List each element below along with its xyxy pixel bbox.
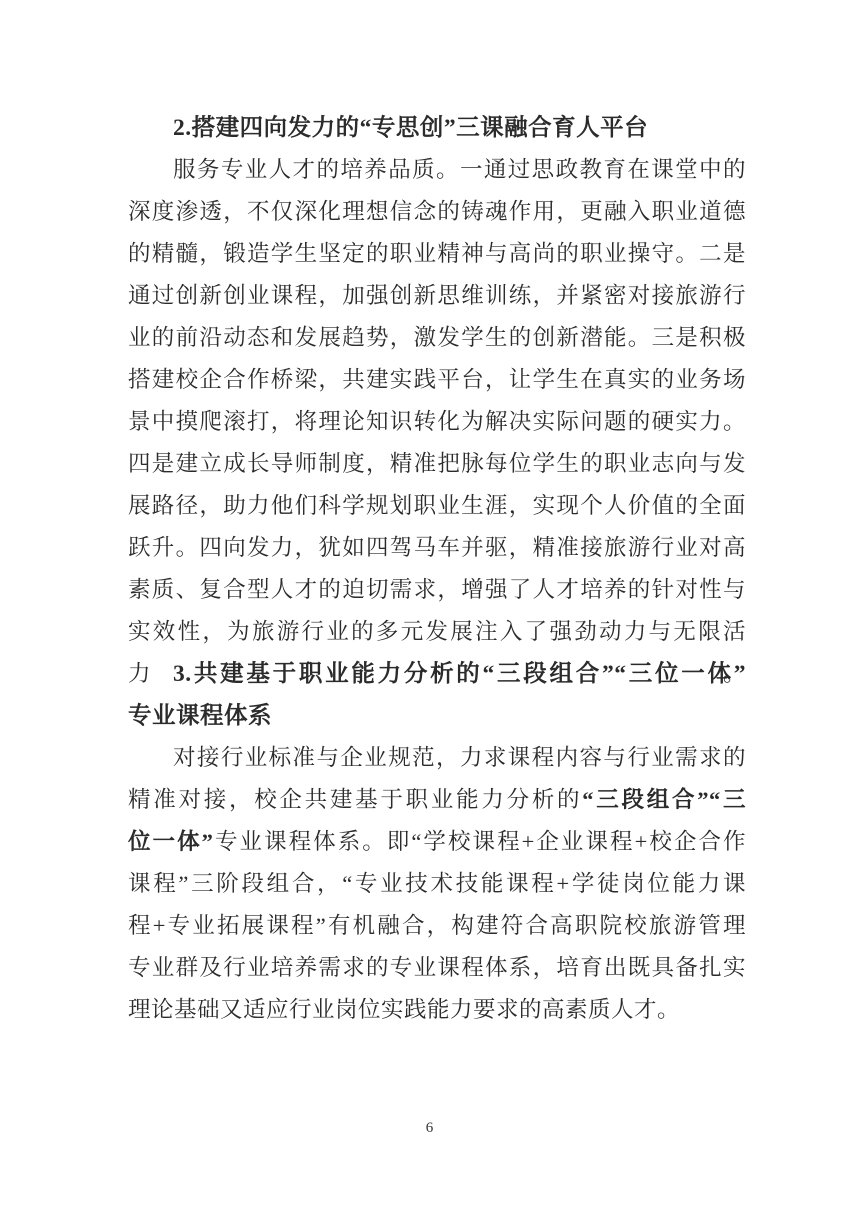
text-run: 景中摸爬滚打，将理论知识转化为解决实际问题的硬实力。 <box>128 409 746 434</box>
paragraph-line: 素质、复合型人才的迫切需求，增强了人才培养的针对性与 <box>128 569 746 611</box>
heading-line: 3.共建基于职业能力分析的“三段组合”“三位一体” <box>128 653 746 695</box>
heading-line: 专业课程体系 <box>128 695 746 737</box>
page-number: 6 <box>0 1120 859 1137</box>
text-run: 搭建校企合作桥梁，共建实践平台，让学生在真实的业务场 <box>128 367 746 392</box>
text-run: 程+专业拓展课程”有机融合，构建符合高职院校旅游管理 <box>128 913 746 938</box>
paragraph-line: 对接行业标准与企业规范，力求课程内容与行业需求的 <box>128 737 746 779</box>
bold-text-run: 3.共建基于职业能力分析的“三段组合”“三位一体” <box>173 661 746 687</box>
text-run: 跃升。四向发力，犹如四驾马车并驱，精准接旅游行业对高 <box>128 535 746 560</box>
bold-text-run: 位一体” <box>128 829 213 854</box>
paragraph-line: 的精髓，锻造学生坚定的职业精神与高尚的职业操守。二是 <box>128 233 746 275</box>
text-run: 四是建立成长导师制度，精准把脉每位学生的职业志向与发 <box>128 451 746 476</box>
document-body: 2.搭建四向发力的“专思创”三课融合育人平台服务专业人才的培养品质。一通过思政教… <box>128 107 746 1031</box>
text-run: 通过创新创业课程，加强创新思维训练，并紧密对接旅游行 <box>128 283 746 308</box>
bold-text-run: 专业课程体系 <box>128 703 272 729</box>
text-run: 服务专业人才的培养品质。一通过思政教育在课堂中的 <box>173 157 746 182</box>
text-run: 对接行业标准与企业规范，力求课程内容与行业需求的 <box>173 745 746 770</box>
paragraph-line: 跃升。四向发力，犹如四驾马车并驱，精准接旅游行业对高 <box>128 527 746 569</box>
bold-text-run: 2.搭建四向发力的“专思创”三课融合育人平台 <box>173 115 648 141</box>
text-run: 展路径，助力他们科学规划职业生涯，实现个人价值的全面 <box>128 493 746 518</box>
text-run: 理论基础又适应行业岗位实践能力要求的高素质人才。 <box>128 997 680 1022</box>
bold-text-run: “三段组合”“三 <box>582 787 746 812</box>
document-page: 2.搭建四向发力的“专思创”三课融合育人平台服务专业人才的培养品质。一通过思政教… <box>0 0 859 1216</box>
text-run: 深度渗透，不仅深化理想信念的铸魂作用，更融入职业道德 <box>128 199 746 224</box>
paragraph-line: 理论基础又适应行业岗位实践能力要求的高素质人才。 <box>128 989 746 1031</box>
paragraph-line: 四是建立成长导师制度，精准把脉每位学生的职业志向与发 <box>128 443 746 485</box>
paragraph-line: 通过创新创业课程，加强创新思维训练，并紧密对接旅游行 <box>128 275 746 317</box>
text-run: 专业群及行业培养需求的专业课程体系，培育出既具备扎实 <box>128 955 746 980</box>
paragraph-line: 服务专业人才的培养品质。一通过思政教育在课堂中的 <box>128 149 746 191</box>
text-run: 的精髓，锻造学生坚定的职业精神与高尚的职业操守。二是 <box>128 241 746 266</box>
paragraph-line: 景中摸爬滚打，将理论知识转化为解决实际问题的硬实力。 <box>128 401 746 443</box>
paragraph-line: 业的前沿动态和发展趋势，激发学生的创新潜能。三是积极 <box>128 317 746 359</box>
paragraph-line: 课程”三阶段组合，“专业技术技能课程+学徒岗位能力课 <box>128 863 746 905</box>
text-run: 课程”三阶段组合，“专业技术技能课程+学徒岗位能力课 <box>128 871 746 896</box>
text-run: 素质、复合型人才的迫切需求，增强了人才培养的针对性与 <box>128 577 746 602</box>
text-run: 精准对接，校企共建基于职业能力分析的 <box>128 787 582 812</box>
heading-line: 2.搭建四向发力的“专思创”三课融合育人平台 <box>128 107 746 149</box>
paragraph-line: 程+专业拓展课程”有机融合，构建符合高职院校旅游管理 <box>128 905 746 947</box>
text-run: 业的前沿动态和发展趋势，激发学生的创新潜能。三是积极 <box>128 325 746 350</box>
paragraph-line: 位一体”专业课程体系。即“学校课程+企业课程+校企合作 <box>128 821 746 863</box>
paragraph-line: 实效性，为旅游行业的多元发展注入了强劲动力与无限活力。 <box>128 611 746 653</box>
paragraph-line: 专业群及行业培养需求的专业课程体系，培育出既具备扎实 <box>128 947 746 989</box>
paragraph-line: 精准对接，校企共建基于职业能力分析的“三段组合”“三 <box>128 779 746 821</box>
paragraph-line: 搭建校企合作桥梁，共建实践平台，让学生在真实的业务场 <box>128 359 746 401</box>
text-run: 专业课程体系。即“学校课程+企业课程+校企合作 <box>213 829 746 854</box>
paragraph-line: 展路径，助力他们科学规划职业生涯，实现个人价值的全面 <box>128 485 746 527</box>
paragraph-line: 深度渗透，不仅深化理想信念的铸魂作用，更融入职业道德 <box>128 191 746 233</box>
